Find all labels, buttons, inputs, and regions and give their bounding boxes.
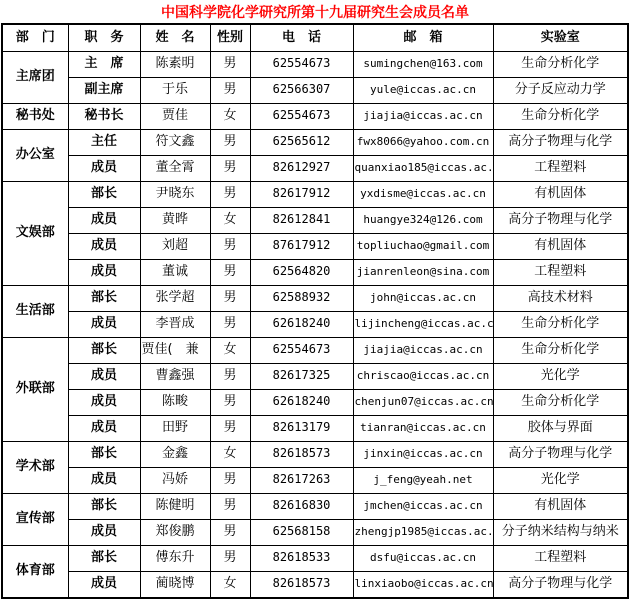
email-cell: jinxin@iccas.ac.cn (353, 441, 493, 467)
col-header-phone: 电 话 (250, 24, 353, 51)
lab-cell: 有机固体 (493, 493, 628, 519)
member-row: 成员董诚男62564820jianrenleon@sina.com工程塑料 (2, 259, 628, 285)
email-cell: lijincheng@iccas.ac.cn (353, 311, 493, 337)
lab-cell: 分子纳米结构与纳米 (493, 519, 628, 545)
position-cell: 主任 (68, 129, 140, 155)
gender-cell: 女 (210, 441, 250, 467)
member-row: 成员曹鑫强男82617325chriscao@iccas.ac.cn光化学 (2, 363, 628, 389)
name-cell: 郑俊鹏 (140, 519, 210, 545)
name-cell: 董诚 (140, 259, 210, 285)
gender-cell: 男 (210, 493, 250, 519)
phone-cell: 82617912 (250, 181, 353, 207)
page-title: 中国科学院化学研究所第十九届研究生会成员名单 (0, 3, 630, 23)
gender-cell: 女 (210, 337, 250, 363)
position-cell: 部长 (68, 181, 140, 207)
phone-cell: 62554673 (250, 51, 353, 77)
phone-cell: 62565612 (250, 129, 353, 155)
position-cell: 成员 (68, 467, 140, 493)
member-row: 成员陈畯男62618240chenjun07@iccas.ac.cn生命分析化学 (2, 389, 628, 415)
lab-cell: 高技术材料 (493, 285, 628, 311)
name-cell: 贾佳( 兼 ) (140, 337, 210, 363)
phone-cell: 62564820 (250, 259, 353, 285)
phone-cell: 82617325 (250, 363, 353, 389)
position-cell: 部长 (68, 337, 140, 363)
position-cell: 副主席 (68, 77, 140, 103)
name-cell: 李晋成 (140, 311, 210, 337)
member-row: 文娱部部长尹晓东男82617912yxdisme@iccas.ac.cn有机固体 (2, 181, 628, 207)
email-cell: huangye324@126.com (353, 207, 493, 233)
gender-cell: 男 (210, 363, 250, 389)
position-cell: 成员 (68, 363, 140, 389)
position-cell: 部长 (68, 545, 140, 571)
department-cell: 办公室 (2, 129, 68, 181)
gender-cell: 男 (210, 155, 250, 181)
lab-cell: 光化学 (493, 363, 628, 389)
name-cell: 刘超 (140, 233, 210, 259)
member-row: 成员田野男82613179tianran@iccas.ac.cn胶体与界面 (2, 415, 628, 441)
lab-cell: 高分子物理与化学 (493, 571, 628, 598)
department-cell: 体育部 (2, 545, 68, 598)
position-cell: 成员 (68, 155, 140, 181)
position-cell: 主 席 (68, 51, 140, 77)
gender-cell: 男 (210, 233, 250, 259)
phone-cell: 82617263 (250, 467, 353, 493)
lab-cell: 工程塑料 (493, 155, 628, 181)
department-cell: 学术部 (2, 441, 68, 493)
phone-cell: 82613179 (250, 415, 353, 441)
name-cell: 陈畯 (140, 389, 210, 415)
lab-cell: 有机固体 (493, 233, 628, 259)
member-row: 成员黄晔女82612841huangye324@126.com高分子物理与化学 (2, 207, 628, 233)
phone-cell: 82618533 (250, 545, 353, 571)
phone-cell: 62554673 (250, 103, 353, 129)
gender-cell: 男 (210, 519, 250, 545)
member-row: 成员郑俊鹏男62568158zhengjp1985@iccas.ac.cn分子纳… (2, 519, 628, 545)
lab-cell: 高分子物理与化学 (493, 207, 628, 233)
gender-cell: 男 (210, 311, 250, 337)
department-cell: 外联部 (2, 337, 68, 441)
gender-cell: 女 (210, 103, 250, 129)
name-cell: 傅东升 (140, 545, 210, 571)
email-cell: chriscao@iccas.ac.cn (353, 363, 493, 389)
position-cell: 成员 (68, 389, 140, 415)
lab-cell: 工程塑料 (493, 259, 628, 285)
position-cell: 部长 (68, 493, 140, 519)
email-cell: john@iccas.ac.cn (353, 285, 493, 311)
gender-cell: 男 (210, 259, 250, 285)
email-cell: yxdisme@iccas.ac.cn (353, 181, 493, 207)
lab-cell: 生命分析化学 (493, 103, 628, 129)
email-cell: fwx8066@yahoo.com.cn (353, 129, 493, 155)
roster-page: 中国科学院化学研究所第十九届研究生会成员名单 部 门 职 务 姓 名 性别 电 … (0, 0, 630, 606)
email-cell: topliuchao@gmail.com (353, 233, 493, 259)
email-cell: zhengjp1985@iccas.ac.cn (353, 519, 493, 545)
name-cell: 陈健明 (140, 493, 210, 519)
member-row: 成员蔺晓博女82618573linxiaobo@iccas.ac.cn高分子物理… (2, 571, 628, 598)
email-cell: yule@iccas.ac.cn (353, 77, 493, 103)
col-header-name: 姓 名 (140, 24, 210, 51)
email-cell: tianran@iccas.ac.cn (353, 415, 493, 441)
phone-cell: 62618240 (250, 311, 353, 337)
position-cell: 部长 (68, 441, 140, 467)
lab-cell: 分子反应动力学 (493, 77, 628, 103)
gender-cell: 男 (210, 415, 250, 441)
phone-cell: 82616830 (250, 493, 353, 519)
name-cell: 符文鑫 (140, 129, 210, 155)
department-cell: 文娱部 (2, 181, 68, 285)
phone-cell: 82618573 (250, 571, 353, 598)
phone-cell: 82618573 (250, 441, 353, 467)
email-cell: quanxiao185@iccas.ac.cn (353, 155, 493, 181)
gender-cell: 男 (210, 285, 250, 311)
member-row: 成员董全霄男82612927quanxiao185@iccas.ac.cn工程塑… (2, 155, 628, 181)
lab-cell: 胶体与界面 (493, 415, 628, 441)
lab-cell: 生命分析化学 (493, 389, 628, 415)
name-cell: 贾佳 (140, 103, 210, 129)
email-cell: j_feng@yeah.net (353, 467, 493, 493)
lab-cell: 高分子物理与化学 (493, 441, 628, 467)
gender-cell: 男 (210, 77, 250, 103)
phone-cell: 62568158 (250, 519, 353, 545)
member-row: 办公室主任符文鑫男62565612fwx8066@yahoo.com.cn高分子… (2, 129, 628, 155)
col-header-department: 部 门 (2, 24, 68, 51)
position-cell: 部长 (68, 285, 140, 311)
member-row: 生活部部长张学超男62588932john@iccas.ac.cn高技术材料 (2, 285, 628, 311)
lab-cell: 工程塑料 (493, 545, 628, 571)
member-row: 成员刘超男87617912topliuchao@gmail.com有机固体 (2, 233, 628, 259)
lab-cell: 生命分析化学 (493, 51, 628, 77)
member-row: 成员冯娇男82617263j_feng@yeah.net光化学 (2, 467, 628, 493)
members-table: 部 门 职 务 姓 名 性别 电 话 邮 箱 实验室 主席团主 席陈素明男625… (1, 23, 629, 599)
name-cell: 田野 (140, 415, 210, 441)
phone-cell: 62566307 (250, 77, 353, 103)
col-header-position: 职 务 (68, 24, 140, 51)
email-cell: dsfu@iccas.ac.cn (353, 545, 493, 571)
lab-cell: 生命分析化学 (493, 337, 628, 363)
email-cell: linxiaobo@iccas.ac.cn (353, 571, 493, 598)
member-row: 副主席于乐男62566307yule@iccas.ac.cn分子反应动力学 (2, 77, 628, 103)
name-cell: 曹鑫强 (140, 363, 210, 389)
gender-cell: 男 (210, 51, 250, 77)
member-row: 外联部部长贾佳( 兼 )女62554673jiajia@iccas.ac.cn生… (2, 337, 628, 363)
email-cell: chenjun07@iccas.ac.cn (353, 389, 493, 415)
department-cell: 主席团 (2, 51, 68, 103)
name-cell: 金鑫 (140, 441, 210, 467)
gender-cell: 男 (210, 389, 250, 415)
position-cell: 成员 (68, 415, 140, 441)
phone-cell: 87617912 (250, 233, 353, 259)
name-cell: 董全霄 (140, 155, 210, 181)
gender-cell: 女 (210, 571, 250, 598)
col-header-lab: 实验室 (493, 24, 628, 51)
email-cell: sumingchen@163.com (353, 51, 493, 77)
gender-cell: 女 (210, 207, 250, 233)
position-cell: 成员 (68, 233, 140, 259)
lab-cell: 光化学 (493, 467, 628, 493)
position-cell: 秘书长 (68, 103, 140, 129)
email-cell: jmchen@iccas.ac.cn (353, 493, 493, 519)
department-cell: 秘书处 (2, 103, 68, 129)
member-row: 学术部部长金鑫女82618573jinxin@iccas.ac.cn高分子物理与… (2, 441, 628, 467)
member-row: 成员李晋成男62618240lijincheng@iccas.ac.cn生命分析… (2, 311, 628, 337)
lab-cell: 有机固体 (493, 181, 628, 207)
name-cell: 蔺晓博 (140, 571, 210, 598)
name-cell: 张学超 (140, 285, 210, 311)
department-cell: 宣传部 (2, 493, 68, 545)
col-header-email: 邮 箱 (353, 24, 493, 51)
gender-cell: 男 (210, 545, 250, 571)
table-body: 主席团主 席陈素明男62554673sumingchen@163.com生命分析… (2, 51, 628, 598)
position-cell: 成员 (68, 259, 140, 285)
position-cell: 成员 (68, 519, 140, 545)
lab-cell: 高分子物理与化学 (493, 129, 628, 155)
position-cell: 成员 (68, 207, 140, 233)
phone-cell: 62554673 (250, 337, 353, 363)
gender-cell: 男 (210, 129, 250, 155)
email-cell: jianrenleon@sina.com (353, 259, 493, 285)
lab-cell: 生命分析化学 (493, 311, 628, 337)
member-row: 体育部部长傅东升男82618533dsfu@iccas.ac.cn工程塑料 (2, 545, 628, 571)
name-cell: 黄晔 (140, 207, 210, 233)
phone-cell: 62588932 (250, 285, 353, 311)
position-cell: 成员 (68, 571, 140, 598)
gender-cell: 男 (210, 467, 250, 493)
position-cell: 成员 (68, 311, 140, 337)
phone-cell: 82612841 (250, 207, 353, 233)
member-row: 秘书处秘书长贾佳女62554673jiajia@iccas.ac.cn生命分析化… (2, 103, 628, 129)
col-header-gender: 性别 (210, 24, 250, 51)
header-row: 部 门 职 务 姓 名 性别 电 话 邮 箱 实验室 (2, 24, 628, 51)
name-cell: 陈素明 (140, 51, 210, 77)
email-cell: jiajia@iccas.ac.cn (353, 103, 493, 129)
gender-cell: 男 (210, 181, 250, 207)
name-cell: 尹晓东 (140, 181, 210, 207)
member-row: 宣传部部长陈健明男82616830jmchen@iccas.ac.cn有机固体 (2, 493, 628, 519)
name-cell: 于乐 (140, 77, 210, 103)
phone-cell: 62618240 (250, 389, 353, 415)
email-cell: jiajia@iccas.ac.cn (353, 337, 493, 363)
name-cell: 冯娇 (140, 467, 210, 493)
member-row: 主席团主 席陈素明男62554673sumingchen@163.com生命分析… (2, 51, 628, 77)
phone-cell: 82612927 (250, 155, 353, 181)
department-cell: 生活部 (2, 285, 68, 337)
